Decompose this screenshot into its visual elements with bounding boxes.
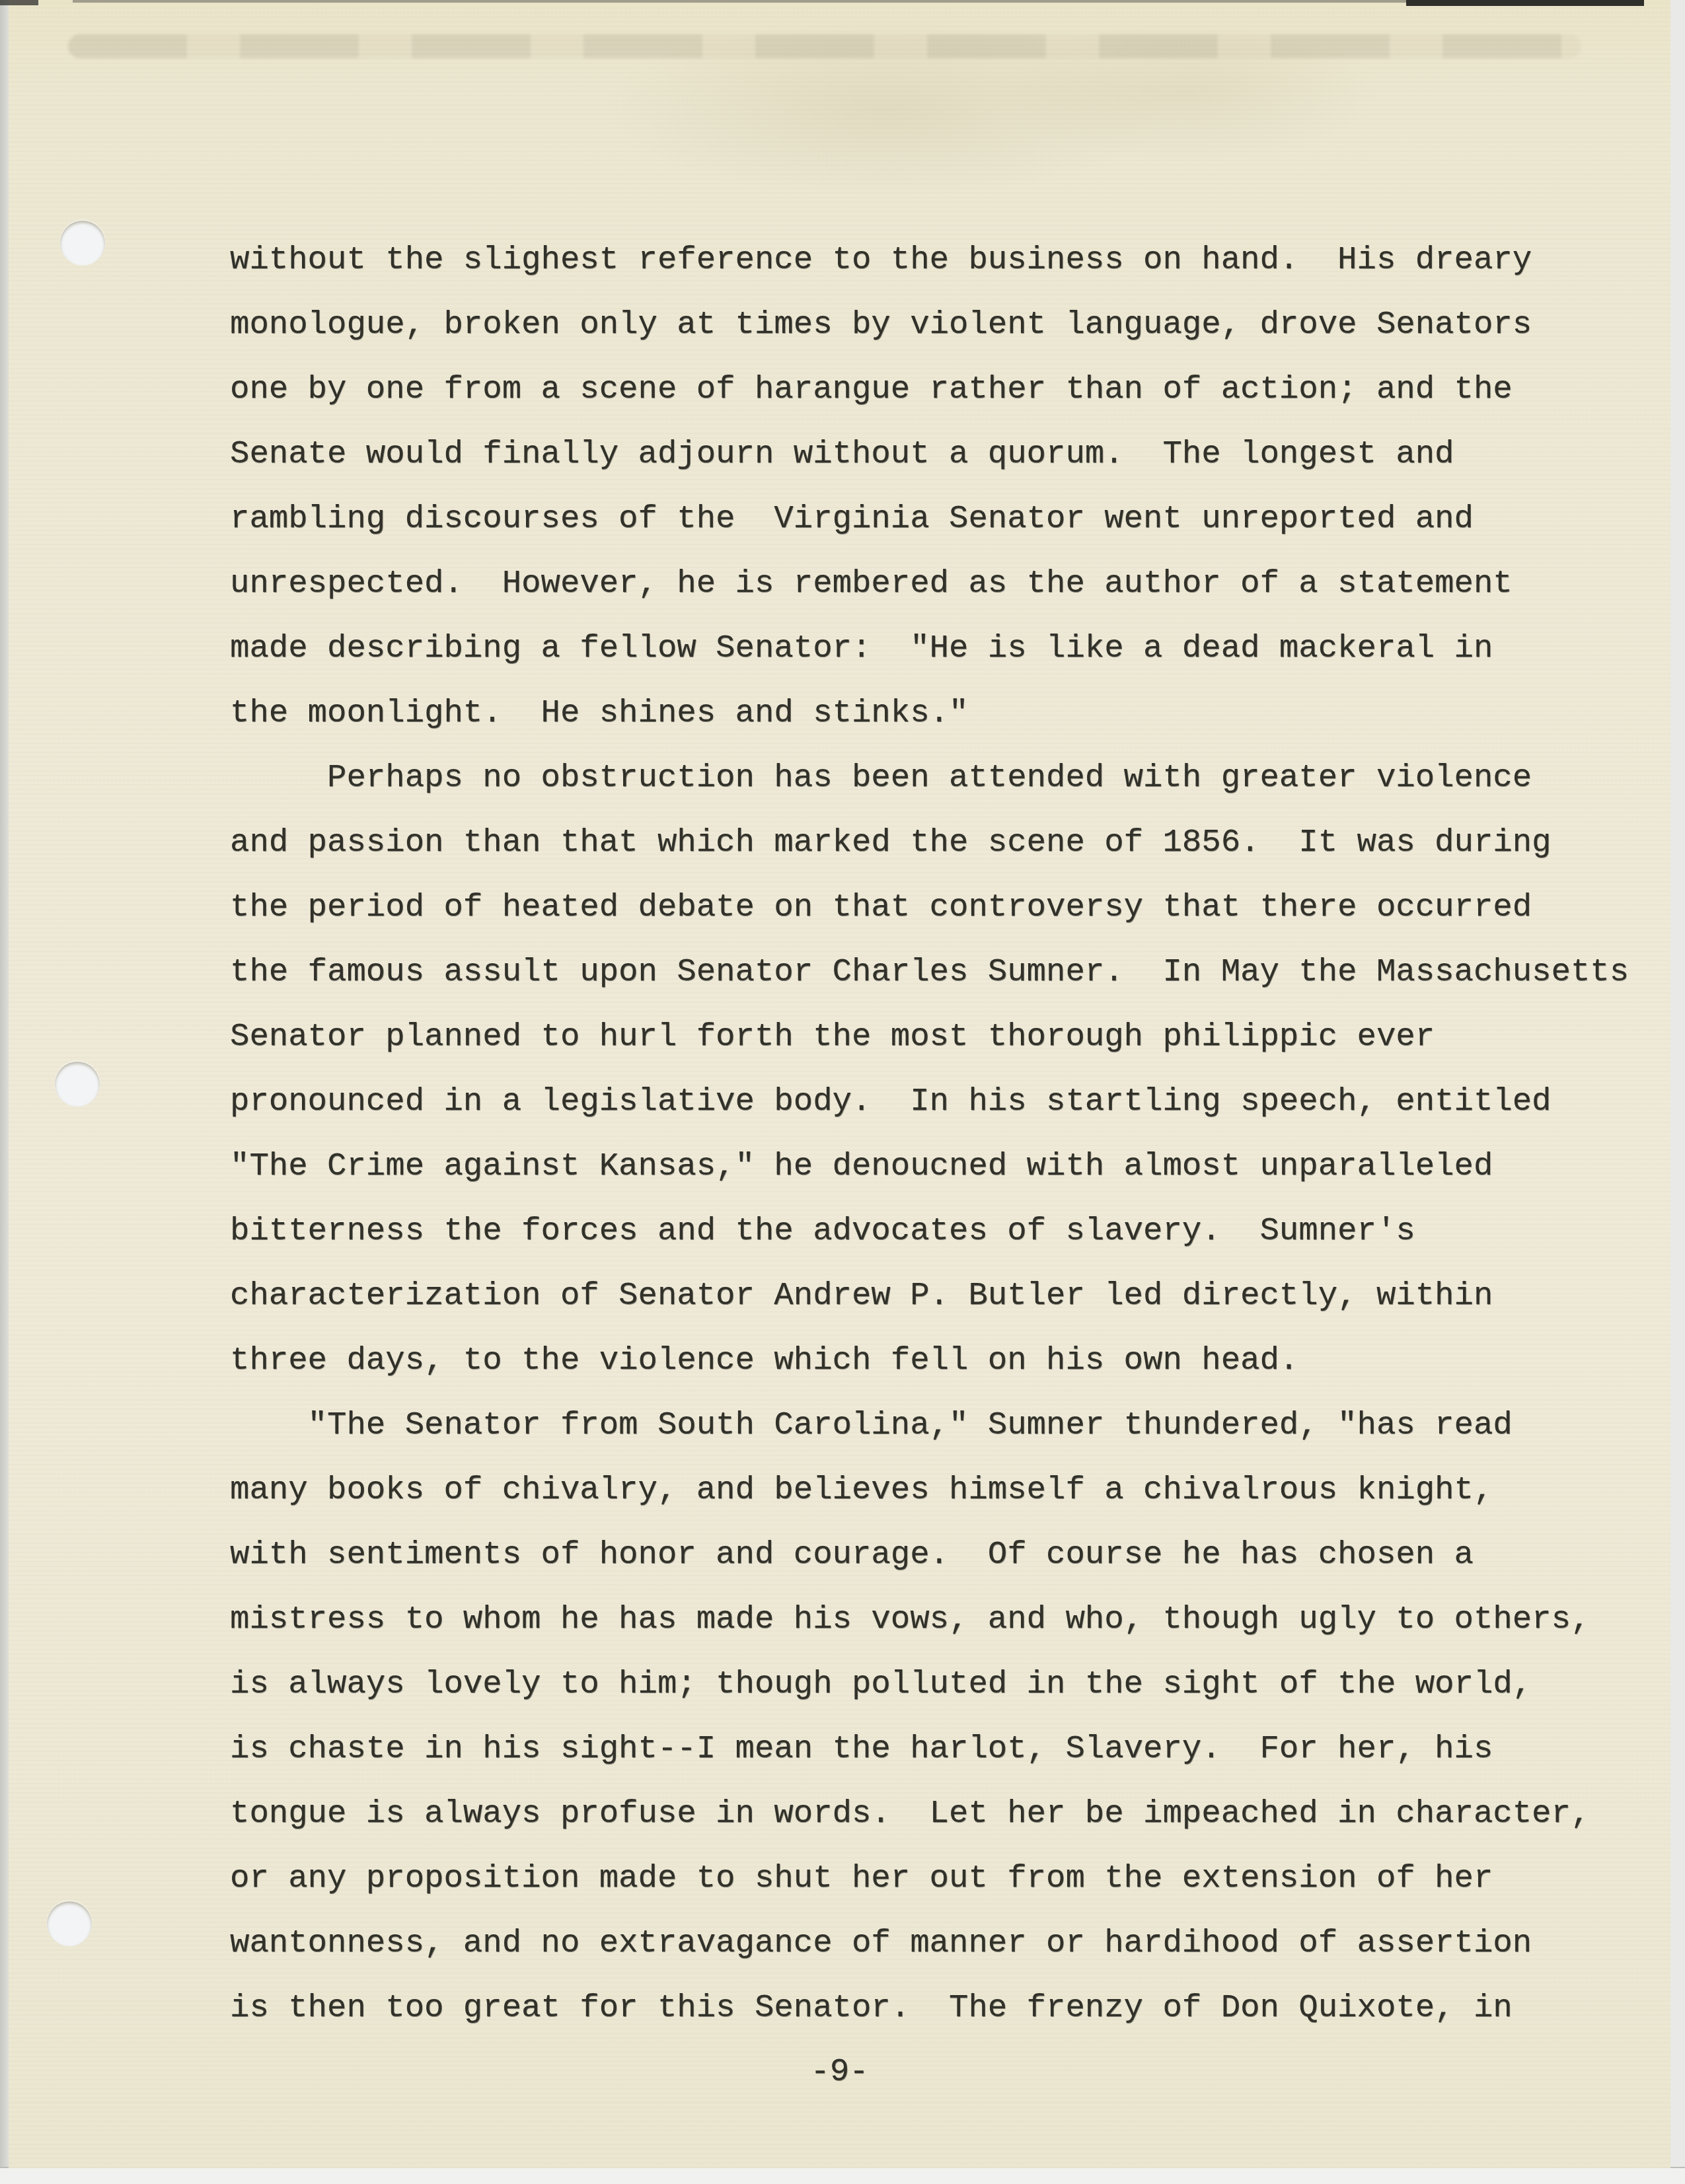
text-line: rambling discourses of the Virginia Sena… xyxy=(230,486,1629,551)
text-line: Senator planned to hurl forth the most t… xyxy=(230,1004,1629,1069)
text-line: wantonness, and no extravagance of manne… xyxy=(230,1911,1629,1975)
text-line: Perhaps no obstruction has been attended… xyxy=(230,745,1629,810)
text-line: one by one from a scene of harangue rath… xyxy=(230,357,1629,421)
text-line: "The Crime against Kansas," he denoucned… xyxy=(230,1134,1629,1198)
text-line: "The Senator from South Carolina," Sumne… xyxy=(230,1393,1629,1457)
text-line: three days, to the violence which fell o… xyxy=(230,1328,1629,1393)
scanned-page-canvas: without the slighest reference to the bu… xyxy=(0,0,1685,2184)
document-text-block: without the slighest reference to the bu… xyxy=(230,227,1629,2040)
text-line: is always lovely to him; though polluted… xyxy=(230,1652,1629,1716)
text-line: unrespected. However, he is rembered as … xyxy=(230,551,1629,616)
text-line: is chaste in his sight--I mean the harlo… xyxy=(230,1716,1629,1781)
text-line: the moonlight. He shines and stinks." xyxy=(230,680,1629,745)
text-line: characterization of Senator Andrew P. Bu… xyxy=(230,1263,1629,1328)
text-line: bitterness the forces and the advocates … xyxy=(230,1198,1629,1263)
text-line: and passion than that which marked the s… xyxy=(230,810,1629,875)
punch-hole-top xyxy=(60,221,105,266)
text-line: monologue, broken only at times by viole… xyxy=(230,292,1629,357)
punch-hole-bottom xyxy=(47,1901,92,1946)
scan-edge-top-right-bar xyxy=(1406,0,1644,6)
text-line: is then too great for this Senator. The … xyxy=(230,1975,1629,2040)
scan-edge-bottom xyxy=(0,2167,1685,2184)
text-line: the famous assult upon Senator Charles S… xyxy=(230,939,1629,1004)
scan-edge-right xyxy=(1669,0,1685,2184)
punch-hole-middle xyxy=(55,1062,100,1107)
text-line: the period of heated debate on that cont… xyxy=(230,875,1629,939)
text-line: many books of chivalry, and believes him… xyxy=(230,1457,1629,1522)
paper-crease xyxy=(68,34,1581,58)
text-line: without the slighest reference to the bu… xyxy=(230,227,1629,292)
text-line: Senate would finally adjourn without a q… xyxy=(230,421,1629,486)
text-line: with sentiments of honor and courage. Of… xyxy=(230,1522,1629,1587)
scan-edge-left xyxy=(0,0,9,2184)
text-line: or any proposition made to shut her out … xyxy=(230,1846,1629,1911)
text-line: mistress to whom he has made his vows, a… xyxy=(230,1587,1629,1652)
page-number: -9- xyxy=(9,2053,1670,2090)
scan-edge-top-left-mark xyxy=(0,0,38,5)
text-line: tongue is always profuse in words. Let h… xyxy=(230,1781,1629,1846)
text-line: made describing a fellow Senator: "He is… xyxy=(230,616,1629,680)
scan-edge-top-line xyxy=(73,0,1407,3)
text-line: pronounced in a legislative body. In his… xyxy=(230,1069,1629,1134)
document-page: without the slighest reference to the bu… xyxy=(9,0,1670,2168)
